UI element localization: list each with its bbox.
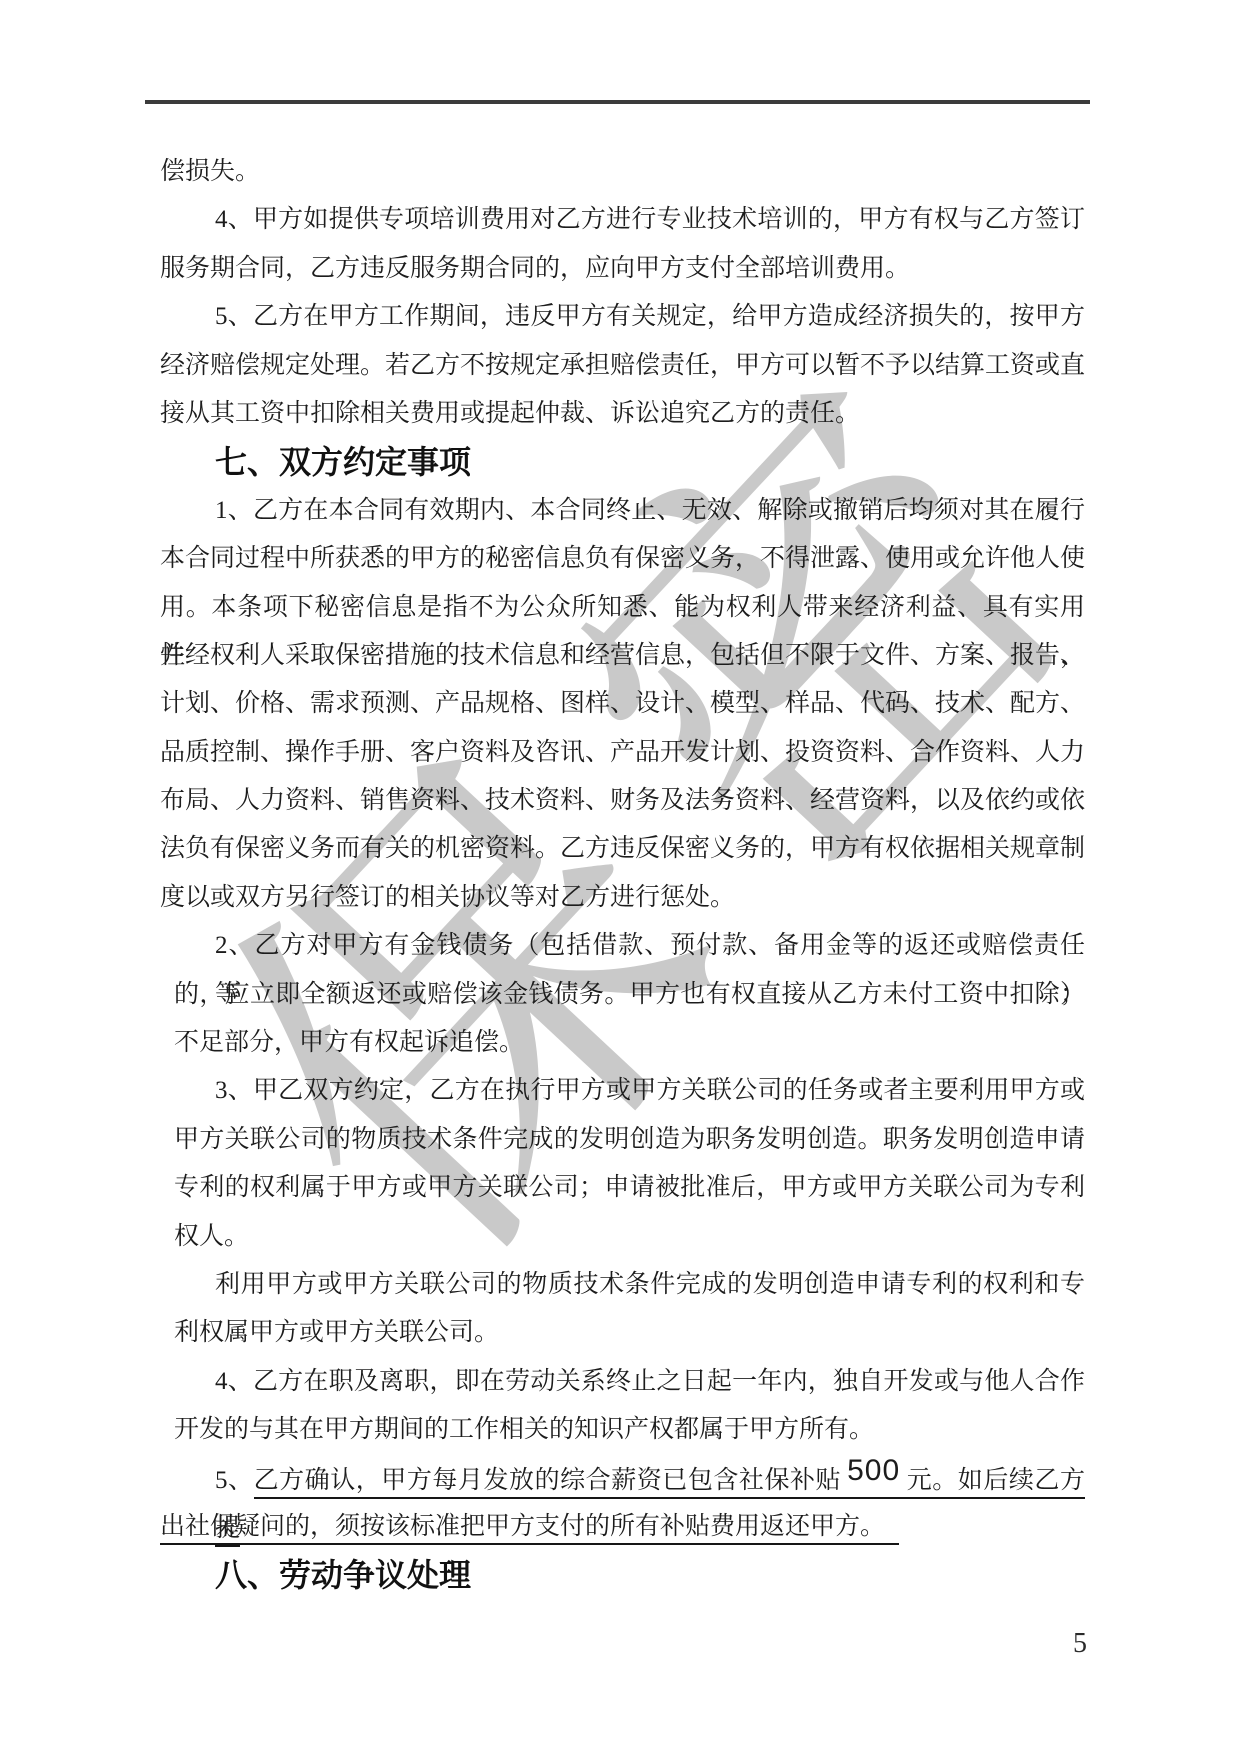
contract-line: 专利的权利属于甲方或甲方关联公司；申请被批准后，甲方或甲方关联公司为专利 — [160, 1164, 1085, 1212]
underlined-clause: 出社保疑问的，须按该标准把甲方支付的所有补贴费用返还甲方。 — [160, 1513, 899, 1545]
contract-line: 用。本条项下秘密信息是指不为公众所知悉、能为权利人带来经济利益、具有实用性， — [160, 584, 1085, 632]
contract-text: 偿损失。 4、甲方如提供专项培训费用对乙方进行专业技术培训的，甲方有权与乙方签订… — [160, 148, 1085, 1600]
contract-line: 并经权利人采取保密措施的技术信息和经营信息，包括但不限于文件、方案、报告、 — [160, 632, 1085, 680]
contract-line: 利用甲方或甲方关联公司的物质技术条件完成的发明创造申请专利的权利和专 — [160, 1261, 1085, 1309]
contract-line: 计划、价格、需求预测、产品规格、图样、设计、模型、样品、代码、技术、配方、 — [160, 680, 1085, 728]
contract-line: 甲方关联公司的物质技术条件完成的发明创造为职务发明创造。职务发明创造申请 — [160, 1116, 1085, 1164]
contract-line: 接从其工资中扣除相关费用或提起仲裁、诉讼追究乙方的责任。 — [160, 390, 1085, 438]
contract-line: 的，应立即全额返还或赔偿该金钱债务。甲方也有权直接从乙方未付工资中扣除； — [160, 971, 1085, 1019]
contract-line: 度以或双方另行签订的相关协议等对乙方进行惩处。 — [160, 874, 1085, 922]
contract-line: 品质控制、操作手册、客户资料及咨讯、产品开发计划、投资资料、合作资料、人力 — [160, 729, 1085, 777]
contract-line-subsidy-2: 出社保疑问的，须按该标准把甲方支付的所有补贴费用返还甲方。 — [160, 1503, 1085, 1551]
contract-line: 1、乙方在本合同有效期内、本合同终止、无效、解除或撤销后均须对其在履行 — [160, 487, 1085, 535]
contract-line: 2、乙方对甲方有金钱债务（包括借款、预付款、备用金等的返还或赔偿责任等） — [160, 922, 1085, 970]
contract-line: 4、甲方如提供专项培训费用对乙方进行专业技术培训的，甲方有权与乙方签订 — [160, 196, 1085, 244]
contract-line: 3、甲乙双方约定，乙方在执行甲方或甲方关联公司的任务或者主要利用甲方或 — [160, 1067, 1085, 1115]
subsidy-amount-value: 500 — [841, 1454, 906, 1487]
contract-line: 5、乙方在甲方工作期间，违反甲方有关规定，给甲方造成经济损失的，按甲方 — [160, 293, 1085, 341]
contract-page: 保密 偿损失。 4、甲方如提供专项培训费用对乙方进行专业技术培训的，甲方有权与乙… — [0, 0, 1240, 1753]
contract-line: 本合同过程中所获悉的甲方的秘密信息负有保密义务，不得泄露、使用或允许他人使 — [160, 535, 1085, 583]
section-heading-8: 八、劳动争议处理 — [160, 1551, 1085, 1599]
contract-line: 开发的与其在甲方期间的工作相关的知识产权都属于甲方所有。 — [160, 1406, 1085, 1454]
section-heading-7: 七、双方约定事项 — [160, 438, 1085, 486]
contract-line: 服务期合同，乙方违反服务期合同的，应向甲方支付全部培训费用。 — [160, 245, 1085, 293]
contract-line: 4、乙方在职及离职，即在劳动关系终止之日起一年内，独自开发或与他人合作 — [160, 1358, 1085, 1406]
contract-line: 布局、人力资料、销售资料、技术资料、财务及法务资料、经营资料，以及依约或依 — [160, 777, 1085, 825]
contract-line: 偿损失。 — [160, 148, 1085, 196]
contract-line: 法负有保密义务而有关的机密资料。乙方违反保密义务的，甲方有权依据相关规章制 — [160, 825, 1085, 873]
contract-line: 经济赔偿规定处理。若乙方不按规定承担赔偿责任，甲方可以暂不予以结算工资或直 — [160, 342, 1085, 390]
contract-line: 权人。 — [160, 1213, 1085, 1261]
clause-text-before-amount: 乙方确认，甲方每月发放的综合薪资已包含社保补贴 — [254, 1467, 842, 1494]
page-header-rule — [145, 100, 1090, 104]
contract-line: 不足部分，甲方有权起诉追偿。 — [160, 1019, 1085, 1067]
clause-number: 5、 — [215, 1467, 254, 1494]
contract-line: 利权属甲方或甲方关联公司。 — [160, 1309, 1085, 1357]
contract-line-subsidy: 5、乙方确认，甲方每月发放的综合薪资已包含社保补贴500元。如后续乙方提 — [160, 1455, 1085, 1503]
page-number: 5 — [1060, 1628, 1100, 1660]
